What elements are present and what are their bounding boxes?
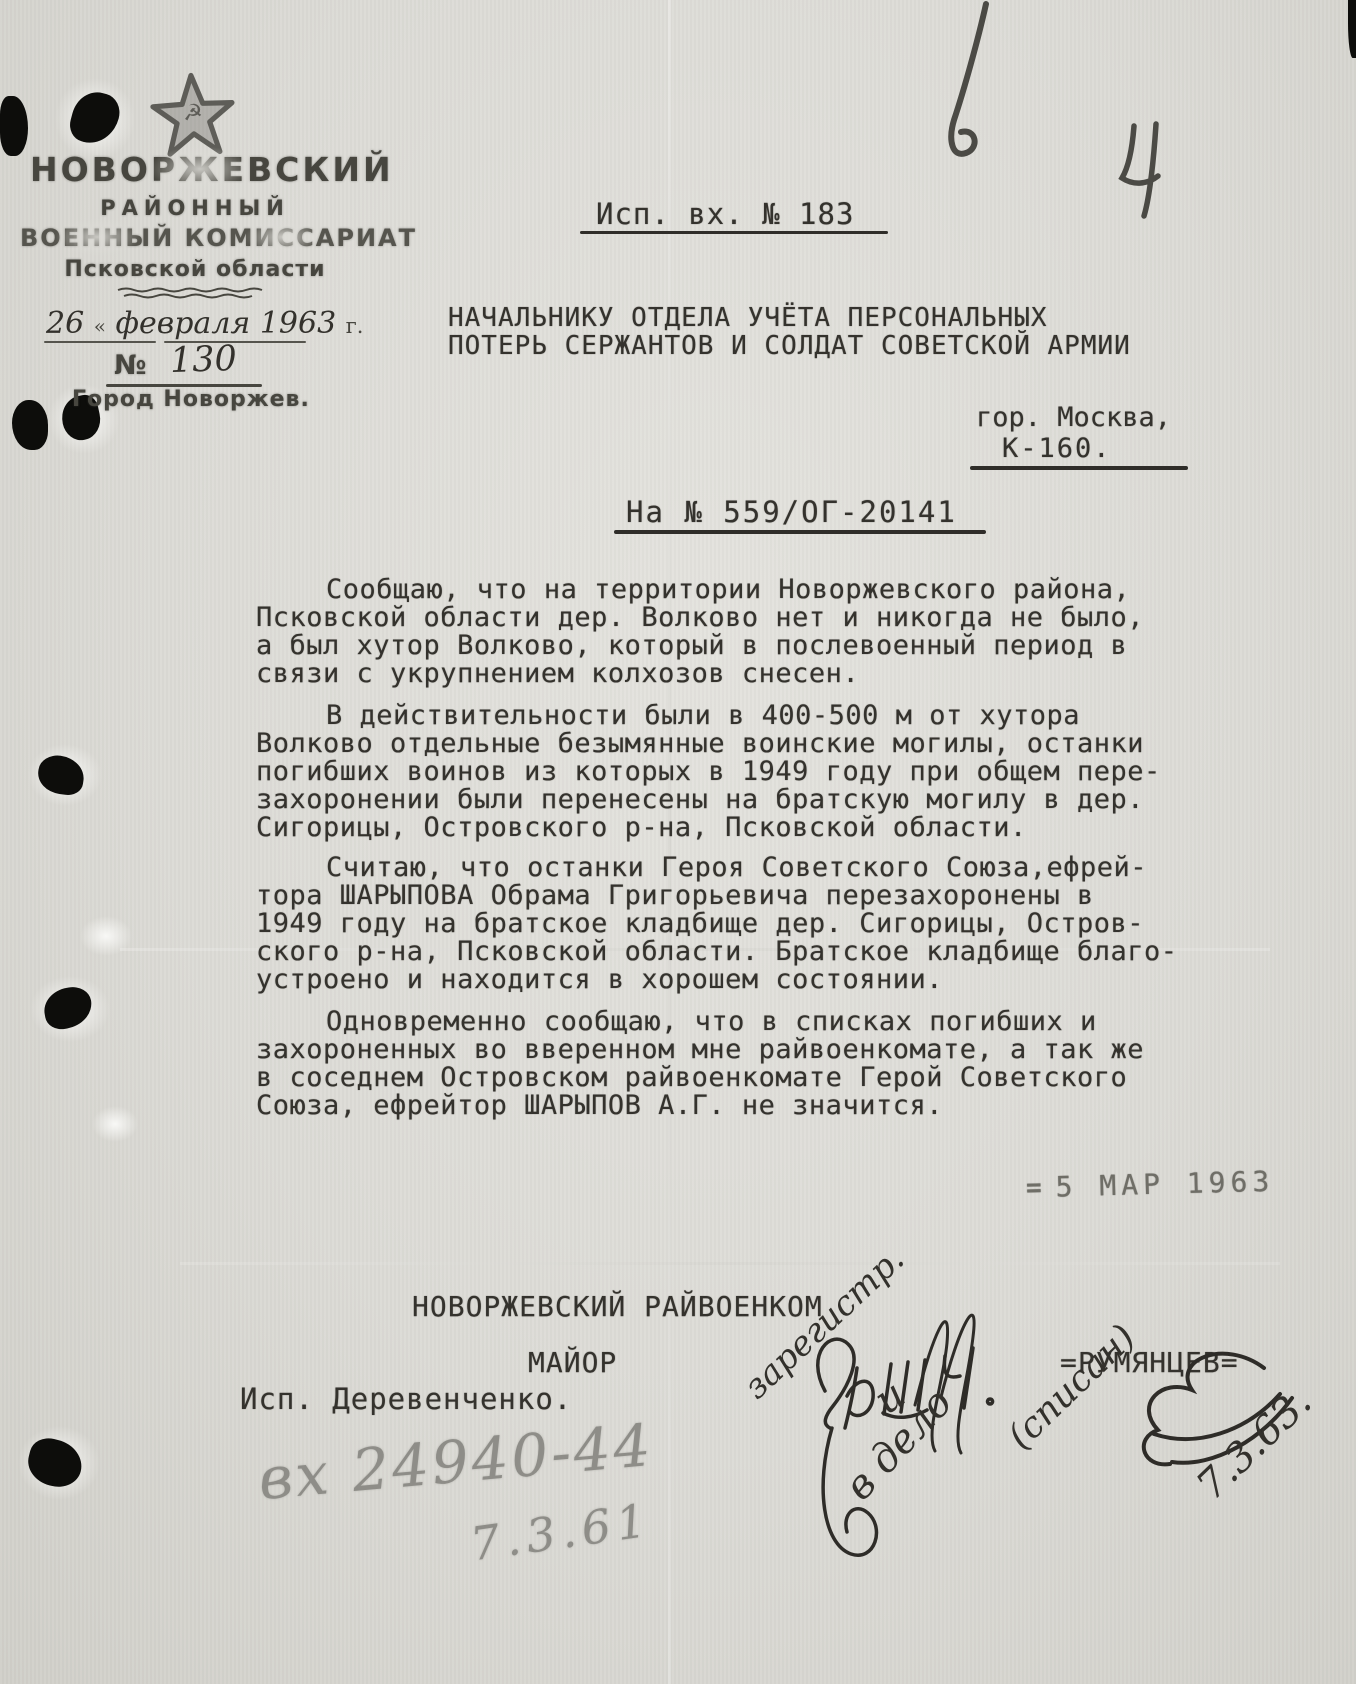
letterhead-date: 26 « февраля 1963 г. — [46, 306, 363, 341]
received-date-stamp: = 5 МАР 1963 — [1026, 1165, 1275, 1204]
exec-incoming-number: Исп. вх. № 183 — [596, 197, 854, 231]
date-suffix: г. — [346, 314, 364, 338]
handwritten-digit-4 — [1112, 118, 1172, 223]
date-year: 1963 — [260, 306, 336, 341]
body-paragraph-1: Сообщаю, что на территории Новоржевского… — [256, 576, 1241, 688]
ink-fade — [245, 220, 320, 254]
punch-hole — [0, 96, 28, 156]
pencil-incoming-number: вх 24940-44 — [256, 1411, 656, 1513]
destination-index: К-160. — [1002, 433, 1112, 464]
body-paragraph-2: В действительности были в 400-500 м от х… — [256, 702, 1241, 842]
fold-crease — [180, 1262, 1280, 1265]
letterhead-region-line: Псковской области — [30, 257, 360, 282]
number-sign: № — [114, 350, 146, 381]
paper-tear — [92, 1106, 138, 1142]
underline — [580, 231, 888, 234]
date-quote: « — [94, 314, 106, 338]
stamp-date: 5 МАР 1963 — [1055, 1165, 1274, 1204]
signatory-title: НОВОРЖЕВСКИЙ РАЙВОЕНКОМ — [412, 1290, 823, 1323]
reference-number: На № 559/ОГ-20141 — [626, 495, 957, 529]
signatory-rank: МАЙОР — [528, 1346, 617, 1379]
body-paragraph-3: Считаю, что останки Героя Советского Сою… — [256, 854, 1241, 994]
executor-line: Исп. Деревенченко. — [240, 1382, 572, 1416]
letterhead-city: Город Новоржев. — [72, 387, 310, 412]
letterhead-org-line2: РАЙОННЫЙ — [30, 196, 360, 220]
ink-fade — [150, 146, 250, 192]
stamp-mark: = — [1026, 1172, 1042, 1202]
addressee-line1: НАЧАЛЬНИКУ ОТДЕЛА УЧЁТА ПЕРСОНАЛЬНЫХ — [448, 303, 1048, 333]
date-month: февраля — [116, 306, 251, 341]
date-day: 26 — [46, 306, 84, 341]
ink-fade — [55, 218, 140, 256]
form-rule — [44, 341, 156, 343]
pencil-date: 7.3.61 — [467, 1493, 655, 1572]
handwritten-digit-5 — [912, 2, 1012, 187]
punch-hole — [12, 400, 48, 450]
scan-edge-shadow — [1348, 0, 1356, 58]
underline — [970, 466, 1188, 470]
svg-text:☭: ☭ — [182, 100, 203, 127]
scanned-document-page: ☭ НОВОРЖЕВСКИЙ РАЙОННЫЙ ВОЕННЫЙ КОМИССАР… — [0, 0, 1356, 1684]
destination-city: гор. Москва, — [976, 402, 1171, 433]
addressee-line2: ПОТЕРЬ СЕРЖАНТОВ И СОЛДАТ СОВЕТСКОЙ АРМИ… — [448, 331, 1131, 361]
body-paragraph-4: Одновременно сообщаю, что в списках поги… — [256, 1008, 1241, 1120]
outgoing-number: 130 — [169, 339, 237, 381]
underline — [614, 530, 986, 534]
letterhead-divider — [116, 286, 266, 300]
